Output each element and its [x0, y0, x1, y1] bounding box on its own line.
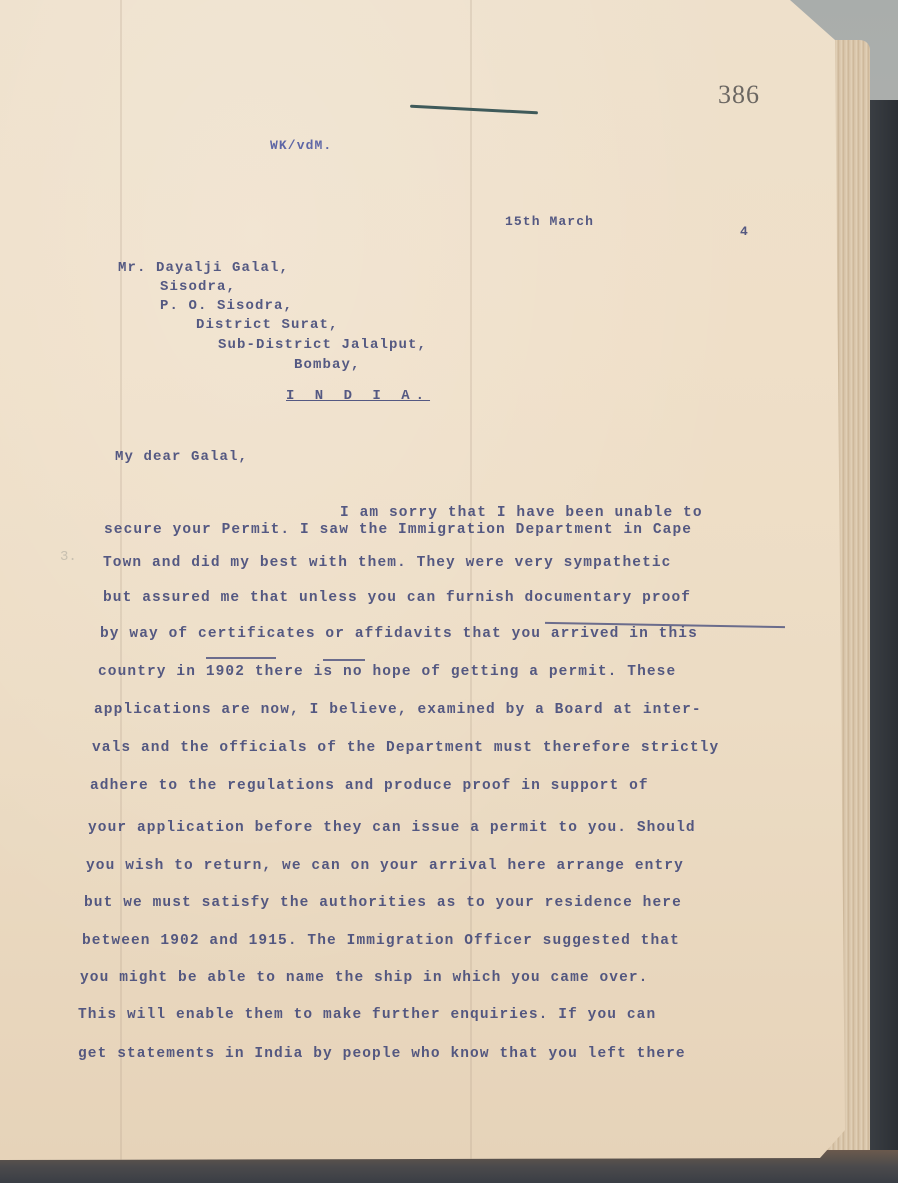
date-year-digit: 4: [740, 224, 749, 239]
pen-underline: [323, 659, 365, 661]
body-line: but assured me that unless you can furni…: [103, 590, 691, 606]
body-line: between 1902 and 1915. The Immigration O…: [82, 933, 680, 949]
body-line: country in 1902 there is no hope of gett…: [98, 664, 676, 680]
margin-annotation: 3.: [60, 549, 77, 565]
recipient-village: Sisodra,: [160, 279, 236, 295]
letter-page: 386 WK/vdM. 15th March 4 Mr. Dayalji Gal…: [0, 0, 845, 1160]
body-line: you might be able to name the ship in wh…: [80, 970, 648, 986]
recipient-post-office: P. O. Sisodra,: [160, 298, 293, 314]
reference-code: WK/vdM.: [270, 138, 332, 153]
salutation: My dear Galal,: [115, 449, 248, 465]
page-number: 386: [718, 80, 760, 110]
pen-mark: [410, 105, 538, 115]
body-line: vals and the officials of the Department…: [92, 740, 719, 756]
body-line: but we must satisfy the authorities as t…: [84, 895, 682, 911]
body-line: applications are now, I believe, examine…: [94, 702, 702, 718]
letter-date: 15th March: [505, 214, 594, 229]
paper-crease: [120, 0, 122, 1160]
body-line: adhere to the regulations and produce pr…: [90, 778, 649, 794]
body-line: get statements in India by people who kn…: [78, 1046, 686, 1062]
recipient-sub-district: Sub-District Jalalput,: [218, 337, 427, 353]
recipient-district: District Surat,: [196, 317, 339, 333]
body-line: by way of certificates or affidavits tha…: [100, 626, 698, 642]
body-line: secure your Permit. I saw the Immigratio…: [104, 522, 692, 538]
body-line: Town and did my best with them. They wer…: [103, 555, 671, 571]
recipient-name: Mr. Dayalji Galal,: [118, 260, 289, 276]
body-line: your application before they can issue a…: [88, 820, 696, 836]
paper-crease: [470, 0, 472, 1160]
body-line: you wish to return, we can on your arriv…: [86, 858, 684, 874]
body-line: This will enable them to make further en…: [78, 1007, 656, 1023]
recipient-country: I N D I A.: [286, 388, 430, 404]
body-line: I am sorry that I have been unable to: [340, 505, 703, 521]
pen-underline: [206, 657, 276, 659]
recipient-province: Bombay,: [294, 357, 361, 373]
